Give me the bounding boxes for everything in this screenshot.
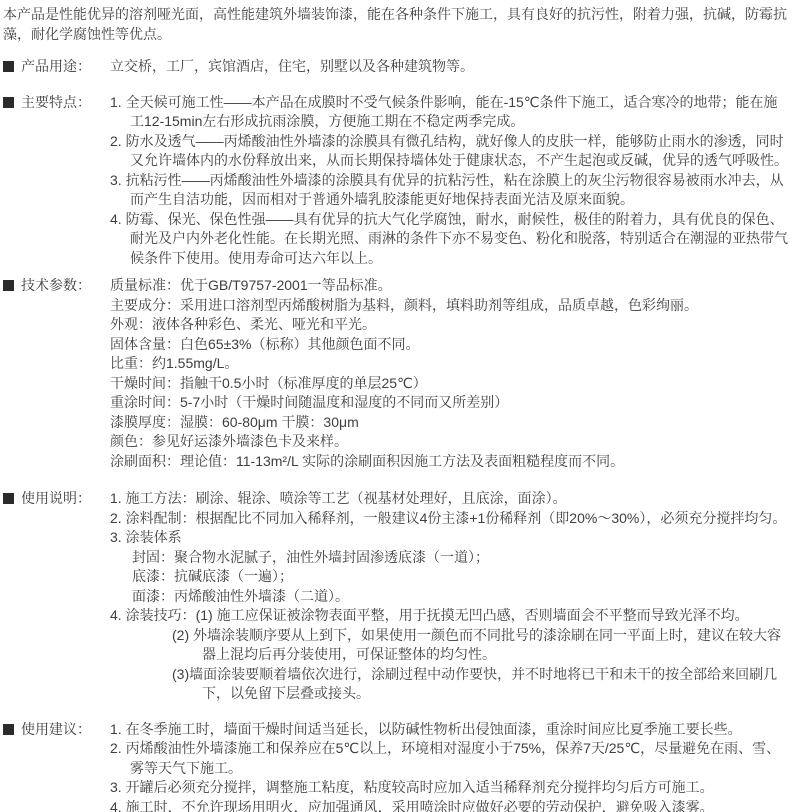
suggestion-item: 2. 丙烯酸油性外墙漆施工和保养应在5℃以上，环境相对湿度小于75%，保养7天/… — [110, 739, 788, 778]
section-title: 主要特点： — [21, 94, 91, 110]
section-title: 使用建议： — [21, 721, 91, 737]
tech-spec-line: 漆膜厚度：湿膜：60-80μm 干膜：30μm — [110, 413, 788, 433]
tech-spec-line: 重涂时间：5-7小时（干燥时间随温度和湿度的不同而又所差别） — [110, 393, 788, 413]
section-main-features: 主要特点： 1. 全天候可施工性——本产品在成膜时不受气候条件影响，能在-15℃… — [3, 93, 788, 269]
section-usage-instructions: 使用说明： 1. 施工方法：刷涂、辊涂、喷涂等工艺（视基材处理好，且底涂，面涂）… — [3, 489, 788, 704]
tech-spec-line: 比重：约1.55mg/L。 — [110, 354, 788, 374]
section-bullet-icon — [3, 280, 14, 291]
usage-suggestions-content: 1. 在冬季施工时，墙面干燥时间适当延长，以防碱性物析出侵蚀面漆，重涂时间应比夏… — [110, 720, 788, 812]
feature-item: 1. 全天候可施工性——本产品在成膜时不受气候条件影响，能在-15℃条件下施工，… — [110, 93, 788, 132]
section-bullet-icon — [3, 493, 14, 504]
tech-spec-line: 外观：液体各种彩色、柔光、哑光和平光。 — [110, 315, 788, 335]
main-features-content: 1. 全天候可施工性——本产品在成膜时不受气候条件影响，能在-15℃条件下施工，… — [110, 93, 788, 269]
coating-system-line: 面漆：丙烯酸油性外墙漆（二道）。 — [132, 587, 788, 607]
instruction-item: 2. 涂料配制：根据配比不同加入稀释剂，一般建议4份主漆+1份稀释剂（即20%～… — [110, 509, 788, 529]
tech-spec-line: 质量标准：优于GB/T9757-2001一等品标准。 — [110, 276, 788, 296]
technical-parameters-content: 质量标准：优于GB/T9757-2001一等品标准。 主要成分：采用进口溶剂型丙… — [110, 276, 788, 471]
suggestion-item: 4. 施工时，不允许现场用明火，应加强通风，采用喷涂时应做好必要的劳动保护，避免… — [110, 798, 788, 812]
section-title: 使用说明： — [21, 490, 91, 506]
section-usage-suggestions-label: 使用建议： — [3, 720, 110, 740]
tech-spec-line: 干燥时间：指触干0.5小时（标准厚度的单层25℃） — [110, 374, 788, 394]
section-product-usage: 产品用途： 立交桥，工厂，宾馆酒店，住宅，别墅以及各种建筑物等。 — [3, 57, 788, 77]
section-bullet-icon — [3, 724, 14, 735]
section-bullet-icon — [3, 97, 14, 108]
usage-instructions-content: 1. 施工方法：刷涂、辊涂、喷涂等工艺（视基材处理好，且底涂，面涂）。 2. 涂… — [110, 489, 788, 704]
section-technical-parameters: 技术参数： 质量标准：优于GB/T9757-2001一等品标准。 主要成分：采用… — [3, 276, 788, 471]
intro-paragraph: 本产品是性能优异的溶剂哑光面，高性能建筑外墙装饰漆，能在各种条件下施工，具有良好… — [3, 5, 788, 44]
feature-item: 4. 防霉、保光、保色性强——具有优异的抗大气化学腐蚀，耐水，耐候性，极佳的附着… — [110, 210, 788, 269]
section-technical-parameters-label: 技术参数： — [3, 276, 110, 296]
product-usage-content: 立交桥，工厂，宾馆酒店，住宅，别墅以及各种建筑物等。 — [110, 57, 788, 77]
suggestion-item: 3. 开罐后必须充分搅拌，调整施工粘度，粘度较高时应加入适当稀释剂充分搅拌均匀后… — [110, 778, 788, 798]
product-spec-page: { "intro": "本产品是性能优异的溶剂哑光面，高性能建筑外墙装饰漆，能在… — [0, 0, 792, 812]
section-title: 产品用途： — [21, 58, 91, 74]
tech-spec-line: 主要成分：采用进口溶剂型丙烯酸树脂为基料，颜料，填料助剂等组成，品质卓越，色彩绚… — [110, 296, 788, 316]
painting-tip-item: (3)墙面涂装要顺着墙依次进行，涂刷过程中动作要快，并不时地将已干和未干的按全部… — [172, 665, 788, 704]
tech-spec-line: 颜色：参见好运漆外墙漆色卡及来样。 — [110, 432, 788, 452]
feature-item: 2. 防水及透气——丙烯酸油性外墙漆的涂膜具有微孔结构，就好像人的皮肤一样，能够… — [110, 132, 788, 171]
section-title: 技术参数： — [21, 277, 91, 293]
section-bullet-icon — [3, 61, 14, 72]
instruction-item: 1. 施工方法：刷涂、辊涂、喷涂等工艺（视基材处理好，且底涂，面涂）。 — [110, 489, 788, 509]
product-usage-text: 立交桥，工厂，宾馆酒店，住宅，别墅以及各种建筑物等。 — [110, 57, 788, 77]
tech-spec-line: 涂刷面积：理论值：11-13m²/L 实际的涂刷面积因施工方法及表面粗糙程度而不… — [110, 452, 788, 472]
tech-spec-line: 固体含量：白色65±3%（标称）其他颜色面不同。 — [110, 335, 788, 355]
section-main-features-label: 主要特点： — [3, 93, 110, 113]
section-usage-instructions-label: 使用说明： — [3, 489, 110, 509]
painting-tip-item: (2) 外墙涂装顺序要从上到下，如果使用一颜色而不同批号的漆涂刷在同一平面上时，… — [172, 626, 788, 665]
section-product-usage-label: 产品用途： — [3, 57, 110, 77]
section-usage-suggestions: 使用建议： 1. 在冬季施工时，墙面干燥时间适当延长，以防碱性物析出侵蚀面漆，重… — [3, 720, 788, 812]
coating-system-line: 底漆：抗碱底漆（一遍）； — [132, 567, 788, 587]
feature-item: 3. 抗粘污性——丙烯酸油性外墙漆的涂膜具有优异的抗粘污性，粘在涂膜上的灰尘污物… — [110, 171, 788, 210]
instruction-item: 4. 涂装技巧：(1) 施工应保证被涂物表面平整，用于抚摸无凹凸感，否则墙面会不… — [110, 606, 788, 626]
instruction-item: 3. 涂装体系 — [110, 528, 788, 548]
suggestion-item: 1. 在冬季施工时，墙面干燥时间适当延长，以防碱性物析出侵蚀面漆，重涂时间应比夏… — [110, 720, 788, 740]
coating-system-line: 封固：聚合物水泥腻子，油性外墙封固渗透底漆（一道）； — [132, 548, 788, 568]
